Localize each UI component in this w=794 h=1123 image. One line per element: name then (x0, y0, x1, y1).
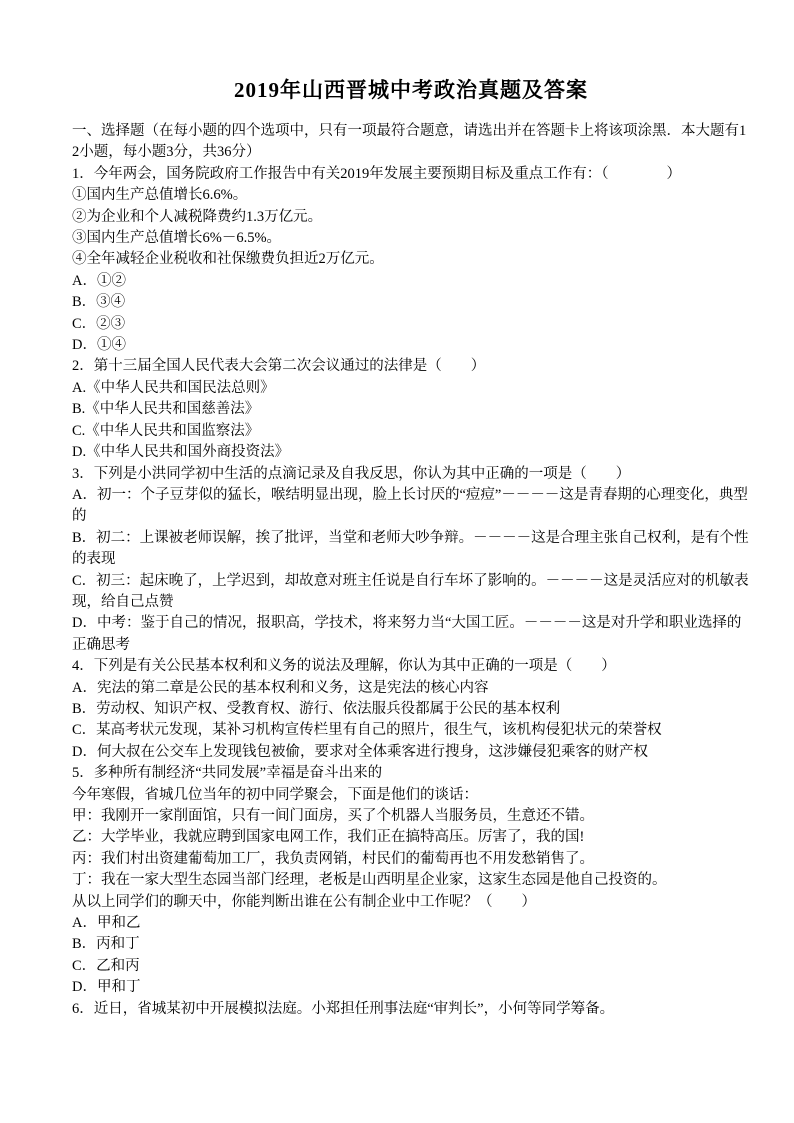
question-1-option-d: D．①④ (72, 335, 750, 356)
question-3-option-b: B．初二：上课被老师误解，挨了批评，当堂和老师大吵争辩。－－－－这是合理主张自己… (72, 528, 750, 571)
question-2-option-d: D.《中华人民共和国外商投资法》 (72, 442, 750, 463)
exam-document-page: 2019年山西晋城中考政治真题及答案 一、选择题（在每小题的四个选项中，只有一项… (0, 0, 794, 1123)
question-1-option-a: A．①② (72, 271, 750, 292)
question-4: 4．下列是有关公民基本权利和义务的说法及理解，你认为其中正确的一项是（ ） A．… (72, 656, 750, 763)
question-3: 3．下列是小洪同学初中生活的点滴记录及自我反思，你认为其中正确的一项是（ ） A… (72, 464, 750, 657)
question-5: 5．多种所有制经济“共同发展”幸福是奋斗出来的 今年寒假，省城几位当年的初中同学… (72, 763, 750, 998)
question-1-item-4: ④全年减轻企业税收和社保缴费负担近2万亿元。 (72, 249, 750, 270)
document-title: 2019年山西晋城中考政治真题及答案 (72, 74, 750, 106)
question-5-option-d: D．甲和丁 (72, 977, 750, 998)
section-intro: 一、选择题（在每小题的四个选项中，只有一项最符合题意，请选出并在答题卡上将该项涂… (72, 121, 750, 164)
question-6: 6．近日，省城某初中开展模拟法庭。小郑担任刑事法庭“审判长”，小何等同学筹备。 (72, 999, 750, 1020)
question-2-option-a: A.《中华人民共和国民法总则》 (72, 378, 750, 399)
question-1-option-c: C．②③ (72, 314, 750, 335)
question-3-option-d: D．中考：鉴于自己的情况，报职高，学技术，将来努力当“大国工匠。－－－－这是对升… (72, 613, 750, 656)
question-6-stem: 6．近日，省城某初中开展模拟法庭。小郑担任刑事法庭“审判长”，小何等同学筹备。 (72, 999, 750, 1020)
question-5-option-c: C．乙和丙 (72, 956, 750, 977)
question-4-option-d: D．何大叔在公交车上发现钱包被偷，要求对全体乘客进行搜身，这涉嫌侵犯乘客的财产权 (72, 742, 750, 763)
question-5-stem: 5．多种所有制经济“共同发展”幸福是奋斗出来的 (72, 763, 750, 784)
question-1-item-3: ③国内生产总值增长6%－6.5%。 (72, 228, 750, 249)
question-4-option-c: C．某高考状元发现，某补习机构宣传栏里有自己的照片，很生气，该机构侵犯状元的荣誉… (72, 720, 750, 741)
question-1-item-1: ①国内生产总值增长6.6%。 (72, 185, 750, 206)
question-1-option-b: B．③④ (72, 292, 750, 313)
question-3-option-a: A．初一：个子豆芽似的猛长，喉结明显出现，脸上长讨厌的“痘痘”－－－－这是青春期… (72, 485, 750, 528)
question-1: 1．今年两会，国务院政府工作报告中有关2019年发展主要预期目标及重点工作有：（… (72, 164, 750, 357)
question-5-context: 今年寒假，省城几位当年的初中同学聚会，下面是他们的谈话： (72, 785, 750, 806)
question-2: 2．第十三届全国人民代表大会第二次会议通过的法律是（ ） A.《中华人民共和国民… (72, 356, 750, 463)
question-2-stem: 2．第十三届全国人民代表大会第二次会议通过的法律是（ ） (72, 356, 750, 377)
question-2-option-c: C.《中华人民共和国监察法》 (72, 421, 750, 442)
question-1-stem: 1．今年两会，国务院政府工作报告中有关2019年发展主要预期目标及重点工作有：（… (72, 164, 750, 185)
question-5-option-b: B．丙和丁 (72, 934, 750, 955)
question-3-option-c: C．初三：起床晚了，上学迟到，却故意对班主任说是自行车坏了影响的。－－－－这是灵… (72, 571, 750, 614)
question-5-dialog-yi: 乙：大学毕业，我就应聘到国家电网工作，我们正在搞特高压。厉害了，我的国! (72, 827, 750, 848)
question-3-stem: 3．下列是小洪同学初中生活的点滴记录及自我反思，你认为其中正确的一项是（ ） (72, 464, 750, 485)
question-5-dialog-ding: 丁：我在一家大型生态园当部门经理，老板是山西明星企业家，这家生态园是他自己投资的… (72, 870, 750, 891)
question-5-dialog-jia: 甲：我刚开一家削面馆，只有一间门面房，买了个机器人当服务员，生意还不错。 (72, 806, 750, 827)
question-1-item-2: ②为企业和个人减税降费约1.3万亿元。 (72, 207, 750, 228)
question-4-option-b: B．劳动权、知识产权、受教育权、游行、依法服兵役都属于公民的基本权利 (72, 699, 750, 720)
question-2-option-b: B.《中华人民共和国慈善法》 (72, 399, 750, 420)
question-5-dialog-bing: 丙：我们村出资建葡萄加工厂，我负责网销，村民们的葡萄再也不用发愁销售了。 (72, 849, 750, 870)
question-5-option-a: A．甲和乙 (72, 913, 750, 934)
question-4-stem: 4．下列是有关公民基本权利和义务的说法及理解，你认为其中正确的一项是（ ） (72, 656, 750, 677)
document-content: 2019年山西晋城中考政治真题及答案 一、选择题（在每小题的四个选项中，只有一项… (72, 74, 750, 1020)
question-4-option-a: A．宪法的第二章是公民的基本权利和义务，这是宪法的核心内容 (72, 678, 750, 699)
question-5-question-line: 从以上同学们的聊天中，你能判断出谁在公有制企业中工作呢？（ ） (72, 892, 750, 913)
